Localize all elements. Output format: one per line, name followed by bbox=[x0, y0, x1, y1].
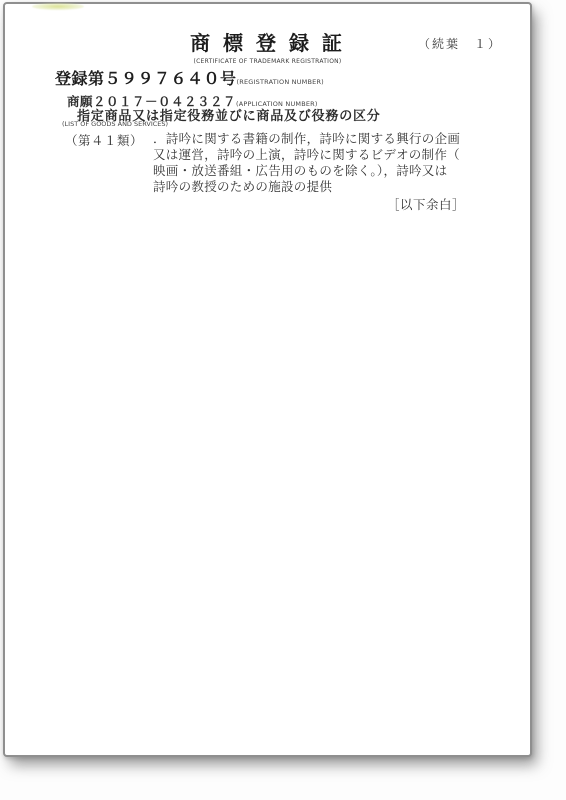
highlight-smudge bbox=[32, 3, 84, 10]
goods-line: 映画・放送番組・広告用のものを除く。），詩吟又は bbox=[153, 163, 483, 179]
page-title-english: (CERTIFICATE OF TRADEMARK REGISTRATION) bbox=[26, 57, 509, 64]
goods-services-list: ．詩吟に関する書籍の制作，詩吟に関する興行の企画 又は運営，詩吟の上演，詩吟に関… bbox=[153, 131, 483, 195]
goods-line: 又は運営，詩吟の上演，詩吟に関するビデオの制作（ bbox=[153, 147, 483, 163]
page-title: 商 標 登 録 証 bbox=[5, 27, 530, 56]
remainder-blank-note: ［以下余白］ bbox=[387, 195, 465, 213]
certificate-page: （続葉 １） 商 標 登 録 証 (CERTIFICATE OF TRADEMA… bbox=[3, 2, 532, 757]
registration-number-caption: (REGISTRATION NUMBER) bbox=[237, 78, 324, 86]
registration-number-line: 登録第５９９７６４０号(REGISTRATION NUMBER) bbox=[55, 66, 324, 89]
goods-line: ．詩吟に関する書籍の制作，詩吟に関する興行の企画 bbox=[153, 131, 483, 147]
trademark-class-label: （第４１類） bbox=[65, 131, 143, 149]
screenshot-stage: （続葉 １） 商 標 登 録 証 (CERTIFICATE OF TRADEMA… bbox=[0, 0, 566, 800]
goods-line: 詩吟の教授のための施設の提供 bbox=[153, 179, 483, 195]
goods-services-heading-caption: (LIST OF GOODS AND SERVICES) bbox=[62, 120, 168, 128]
registration-number: 登録第５９９７６４０号 bbox=[55, 69, 237, 88]
title-block: 商 標 登 録 証 (CERTIFICATE OF TRADEMARK REGI… bbox=[5, 27, 530, 65]
